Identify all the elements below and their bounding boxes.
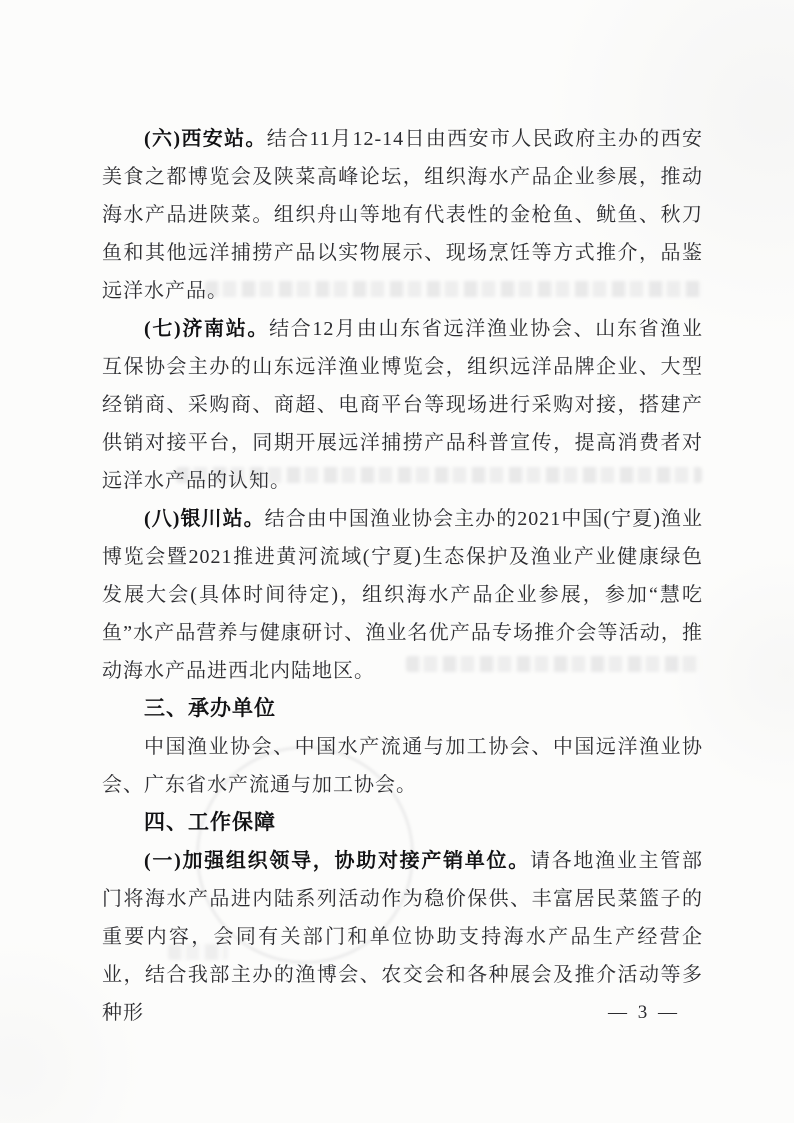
paragraph-yinchuan-station: (八)银川站。结合由中国渔业协会主办的2021中国(宁夏)渔业博览会暨2021推… [102,500,703,690]
paragraph-text-organizers: 中国渔业协会、中国水产流通与加工协会、中国远洋渔业协会、广东省水产流通与加工协会… [102,736,703,796]
paragraph-text-jinan: 结合12月由山东省远洋渔业协会、山东省渔业互保协会主办的山东远洋渔业博览会，组织… [102,318,703,492]
paragraph-xian-station: (六)西安站。结合11月12-14日由西安市人民政府主办的西安美食之都博览会及陕… [102,120,703,310]
paragraph-text-xian: 结合11月12-14日由西安市人民政府主办的西安美食之都博览会及陕菜高峰论坛，组… [102,128,703,302]
paragraph-lead-work-guarantee: (一)加强组织领导，协助对接产销单位。 [144,850,530,872]
section-heading-work-guarantee: 四、工作保障 [102,804,703,842]
scanned-document-page: (六)西安站。结合11月12-14日由西安市人民政府主办的西安美食之都博览会及陕… [0,0,794,1123]
document-body: (六)西安站。结合11月12-14日由西安市人民政府主办的西安美食之都博览会及陕… [102,120,703,1032]
paragraph-lead-jinan: (七)济南站。 [144,318,269,340]
paragraph-organizers: 中国渔业协会、中国水产流通与加工协会、中国远洋渔业协会、广东省水产流通与加工协会… [102,728,703,804]
paragraph-text-yinchuan: 结合由中国渔业协会主办的2021中国(宁夏)渔业博览会暨2021推进黄河流域(宁… [102,508,703,682]
paragraph-jinan-station: (七)济南站。结合12月由山东省远洋渔业协会、山东省渔业互保协会主办的山东远洋渔… [102,310,703,500]
page-number: — 3 — [608,1002,680,1024]
paragraph-text-work-guarantee: 请各地渔业主管部门将海水产品进内陆系列活动作为稳价保供、丰富居民菜篮子的重要内容… [102,850,703,1024]
section-heading-organizers: 三、承办单位 [102,690,703,728]
paragraph-lead-yinchuan: (八)银川站。 [144,508,265,530]
paragraph-lead-xian: (六)西安站。 [144,128,267,150]
